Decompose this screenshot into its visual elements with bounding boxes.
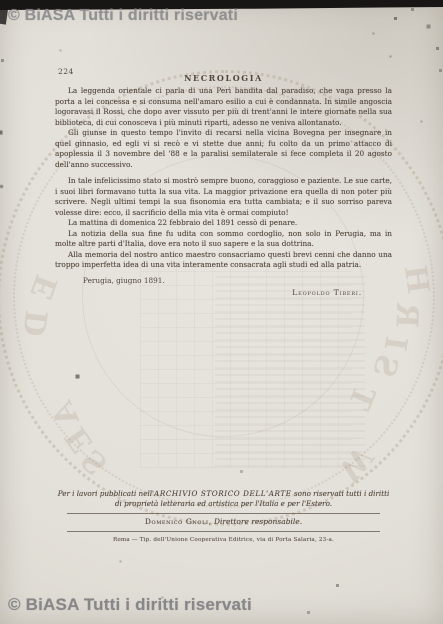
rights-notice-post: sono riservati tutti i diritti: [292, 489, 390, 498]
running-head-title: NECROLOGIA: [184, 73, 263, 83]
stamp-letter: H: [397, 263, 436, 296]
divider-rule: [67, 513, 380, 514]
running-header: 224 NECROLOGIA: [55, 66, 392, 82]
page-number: 224: [58, 67, 74, 76]
paragraph: In tale infelicissimo stato si mostrò se…: [55, 176, 392, 218]
rights-notice-pre: Per i lavori pubblicati nell': [58, 489, 154, 498]
watermark-top: © BiASA Tutti i diritti riservati: [8, 7, 238, 25]
paragraph: Alla memoria del nostro antico maestro c…: [55, 250, 392, 271]
stamp-letter: R: [389, 302, 425, 328]
paragraph: La notizia della sua fine fu udita con s…: [55, 229, 392, 250]
editor-line: Domenico Gnoli, Direttore responsabile.: [55, 517, 392, 527]
editor-name: Domenico Gnoli,: [145, 517, 212, 526]
paragraph: La leggenda orientale ci parla di una Pe…: [55, 86, 392, 128]
rights-notice: Per i lavori pubblicati nell'ARCHIVIO ST…: [55, 489, 392, 509]
journal-title: ARCHIVIO STORICO DELL'ARTE: [154, 489, 292, 498]
printer-imprint: Roma — Tip. dell'Unione Cooperativa Edit…: [55, 535, 392, 545]
divider-rule: [67, 531, 380, 532]
paper-speckles: [0, 0, 1, 1]
rights-notice-line2: di proprietà letteraria ed artistica per…: [115, 499, 332, 508]
author-signature: Leopoldo Tiberi.: [55, 288, 362, 297]
obituary-text: La leggenda orientale ci parla di una Pe…: [55, 86, 392, 271]
copyright-notice-block: Per i lavori pubblicati nell'ARCHIVIO ST…: [55, 489, 392, 545]
editor-role: Direttore responsabile.: [212, 517, 303, 526]
stamp-letter: D: [18, 308, 56, 338]
dateline: Perugia, giugno 1891.: [83, 276, 392, 285]
page-content: 224 NECROLOGIA La leggenda orientale ci …: [55, 66, 392, 297]
watermark-bottom: © BiASA Tutti i diritti riservati: [8, 595, 252, 615]
bleedthrough-text-lines: [215, 272, 365, 467]
scanned-page: EDAESWTSIRH 224 NECROLOGIA La leggenda o…: [0, 0, 443, 624]
paragraph: Gli giunse in questo tempo l'invito di r…: [55, 128, 392, 170]
paragraph: La mattina di domenica 22 febbraio del 1…: [55, 218, 392, 229]
